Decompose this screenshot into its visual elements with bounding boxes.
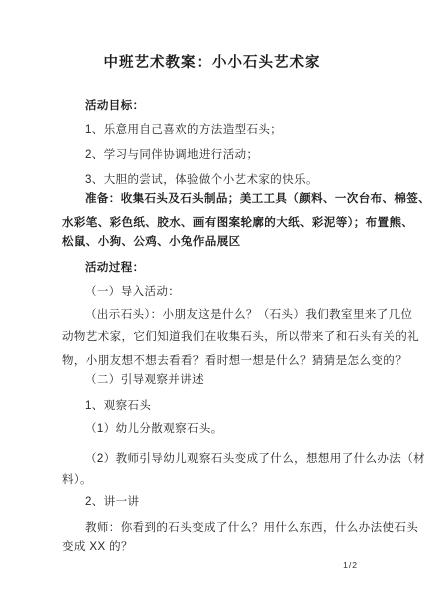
intro-paragraph-line-1: （出示石头）：小朋友这是什么？（石头）我们教室里来了几位 <box>62 309 362 322</box>
observe-stones-heading: 1、观察石头 <box>62 400 362 413</box>
observe-item-2-line-2: 料）。 <box>62 474 362 487</box>
heading-activity-goals: 活动目标： <box>62 100 362 113</box>
intro-paragraph-line-2: 动物艺术家，它们知道我们在收集石头，所以带来了和石头有关的礼 <box>62 331 362 344</box>
preparation-line-2: 水彩笔、彩色纸、胶水、画有图案轮廓的大纸、彩泥等）；布置熊、 <box>62 217 362 230</box>
heading-activity-process: 活动过程： <box>62 262 362 275</box>
document-page: 中班艺术教案：小小石头艺术家 活动目标： 1、乐意用自己喜欢的方法造型石头； 2… <box>0 0 424 600</box>
step-one-intro-heading: （一）导入活动： <box>62 286 362 299</box>
preparation-line-3: 松鼠、小狗、公鸡、小兔作品展区 <box>62 236 362 249</box>
observe-item-2-line-1: （2）教师引导幼儿观察石头变成了什么，想想用了什么办法（材 <box>62 453 362 466</box>
step-two-observe-heading: （二）引导观察并讲述 <box>62 374 362 387</box>
observe-item-1: （1）幼儿分散观察石头。 <box>62 423 362 436</box>
goal-item-2: 2、学习与同伴协调地进行活动； <box>62 149 362 162</box>
talk-section-heading: 2、讲一讲 <box>62 496 362 509</box>
document-title: 中班艺术教案：小小石头艺术家 <box>62 55 362 72</box>
teacher-question-line-2: 变成 XX 的？ <box>62 541 362 554</box>
goal-item-1: 1、乐意用自己喜欢的方法造型石头； <box>62 124 362 137</box>
preparation-line-1: 准备：收集石头及石头制品；美工工具（颜料、一次台布、棉签、 <box>62 193 362 206</box>
goal-item-3: 3、大胆的尝试，体验做个小艺术家的快乐。 <box>62 174 362 187</box>
page-number: 1/2 <box>62 560 362 570</box>
teacher-question-line-1: 教师：你看到的石头变成了什么？用什么东西，什么办法使石头 <box>62 522 362 535</box>
intro-paragraph-line-3: 物，小朋友想不想去看看？看时想一想是什么？猜猜是怎么变的？ <box>62 355 362 368</box>
